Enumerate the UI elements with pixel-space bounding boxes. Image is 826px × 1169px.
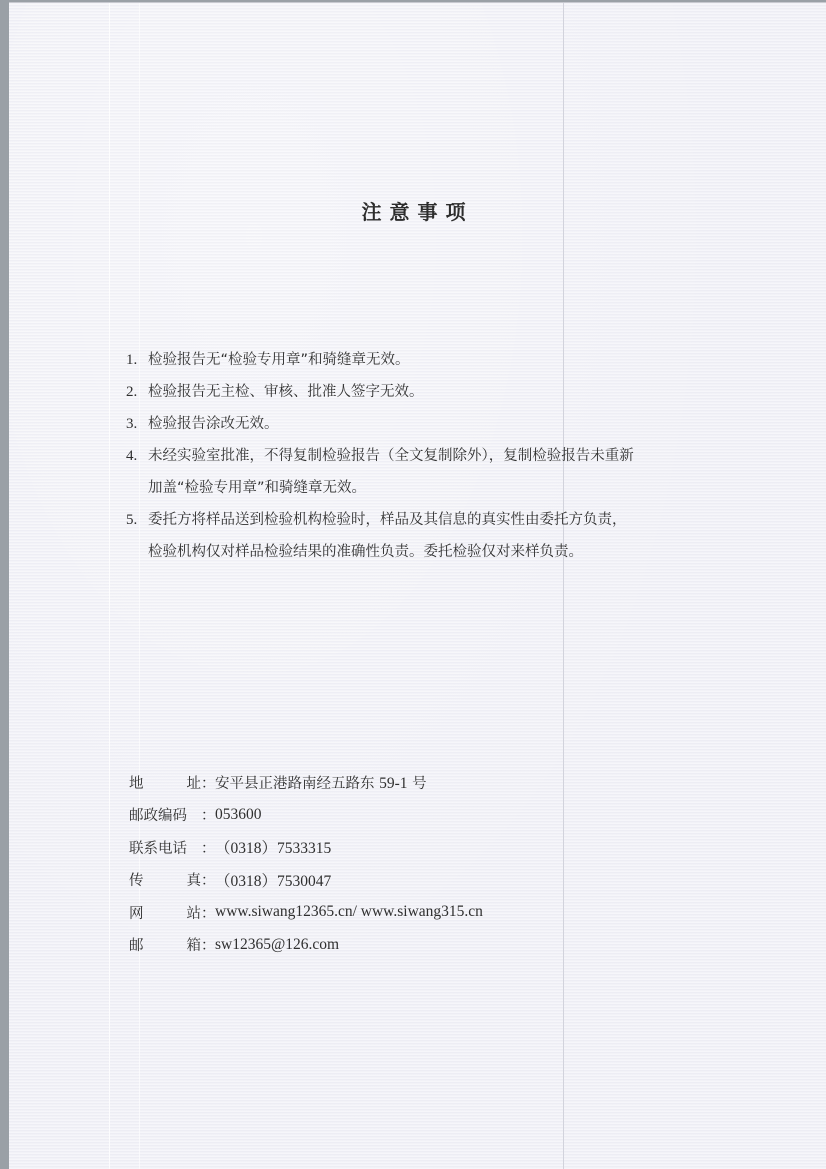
colon: ： — [201, 934, 215, 955]
note-number: 1. — [126, 344, 148, 376]
note-item: 1. 检验报告无“检验专用章”和骑缝章无效。 — [126, 344, 726, 376]
document-page: 注意事项 1. 检验报告无“检验专用章”和骑缝章无效。 2. 检验报告无主检、审… — [9, 2, 826, 1169]
postcode-value: 053600 — [215, 806, 262, 824]
note-text: 检验报告无主检、审核、批准人签字无效。 — [148, 376, 726, 408]
note-text-line: 加盖“检验专用章”和骑缝章无效。 — [148, 480, 366, 496]
contact-label: 传 真 — [129, 869, 201, 890]
note-item: 5. 委托方将样品送到检验机构检验时，样品及其信息的真实性由委托方负责， 检验机… — [126, 504, 726, 568]
contact-address: 地 址 ： 安平县正港路南经五路东 59-1 号 — [129, 766, 483, 799]
note-text-line: 未经实验室批准，不得复制检验报告（全文复制除外），复制检验报告未重新 — [148, 448, 634, 464]
note-item: 2. 检验报告无主检、审核、批准人签字无效。 — [126, 376, 726, 408]
phone-value: （0318）7533315 — [215, 836, 331, 858]
note-text: 未经实验室批准，不得复制检验报告（全文复制除外），复制检验报告未重新 加盖“检验… — [148, 440, 726, 504]
contact-postcode: 邮政编码 ： 053600 — [129, 799, 483, 832]
fold-line — [563, 3, 564, 1169]
colon: ： — [201, 837, 215, 858]
note-number: 5. — [126, 504, 148, 568]
contact-phone: 联系电话 ： （0318）7533315 — [129, 831, 483, 864]
note-text-line: 委托方将样品送到检验机构检验时，样品及其信息的真实性由委托方负责， — [148, 512, 627, 528]
fax-value: （0318）7530047 — [215, 869, 331, 891]
note-text-line: 检验机构仅对样品检验结果的准确性负责。委托检验仅对来样负责。 — [148, 544, 583, 560]
colon: ： — [201, 869, 215, 890]
colon: ： — [201, 902, 215, 923]
note-number: 4. — [126, 440, 148, 504]
notes-list: 1. 检验报告无“检验专用章”和骑缝章无效。 2. 检验报告无主检、审核、批准人… — [126, 344, 726, 568]
note-item: 3. 检验报告涂改无效。 — [126, 408, 726, 440]
contact-info: 地 址 ： 安平县正港路南经五路东 59-1 号 邮政编码 ： 053600 联… — [129, 766, 483, 961]
colon: ： — [201, 772, 215, 793]
note-item: 4. 未经实验室批准，不得复制检验报告（全文复制除外），复制检验报告未重新 加盖… — [126, 440, 726, 504]
contact-label: 网 站 — [129, 902, 201, 923]
contact-label: 地 址 — [129, 772, 201, 793]
email-value: sw12365@126.com — [215, 936, 339, 954]
page-title: 注意事项 — [9, 196, 826, 225]
paper-crease — [109, 3, 110, 1169]
paper-crease — [139, 3, 140, 1169]
note-number: 3. — [126, 408, 148, 440]
website-value: www.siwang12365.cn/ www.siwang315.cn — [215, 903, 483, 921]
contact-label: 邮政编码 — [129, 804, 201, 825]
contact-email: 邮 箱 ： sw12365@126.com — [129, 929, 483, 962]
contact-label: 联系电话 — [129, 837, 201, 858]
address-value: 安平县正港路南经五路东 59-1 号 — [215, 772, 427, 793]
contact-website: 网 站 ： www.siwang12365.cn/ www.siwang315.… — [129, 896, 483, 929]
note-number: 2. — [126, 376, 148, 408]
contact-label: 邮 箱 — [129, 934, 201, 955]
colon: ： — [201, 804, 215, 825]
note-text: 检验报告无“检验专用章”和骑缝章无效。 — [148, 344, 726, 376]
note-text: 委托方将样品送到检验机构检验时，样品及其信息的真实性由委托方负责， 检验机构仅对… — [148, 504, 726, 568]
note-text: 检验报告涂改无效。 — [148, 408, 726, 440]
contact-fax: 传 真 ： （0318）7530047 — [129, 864, 483, 897]
